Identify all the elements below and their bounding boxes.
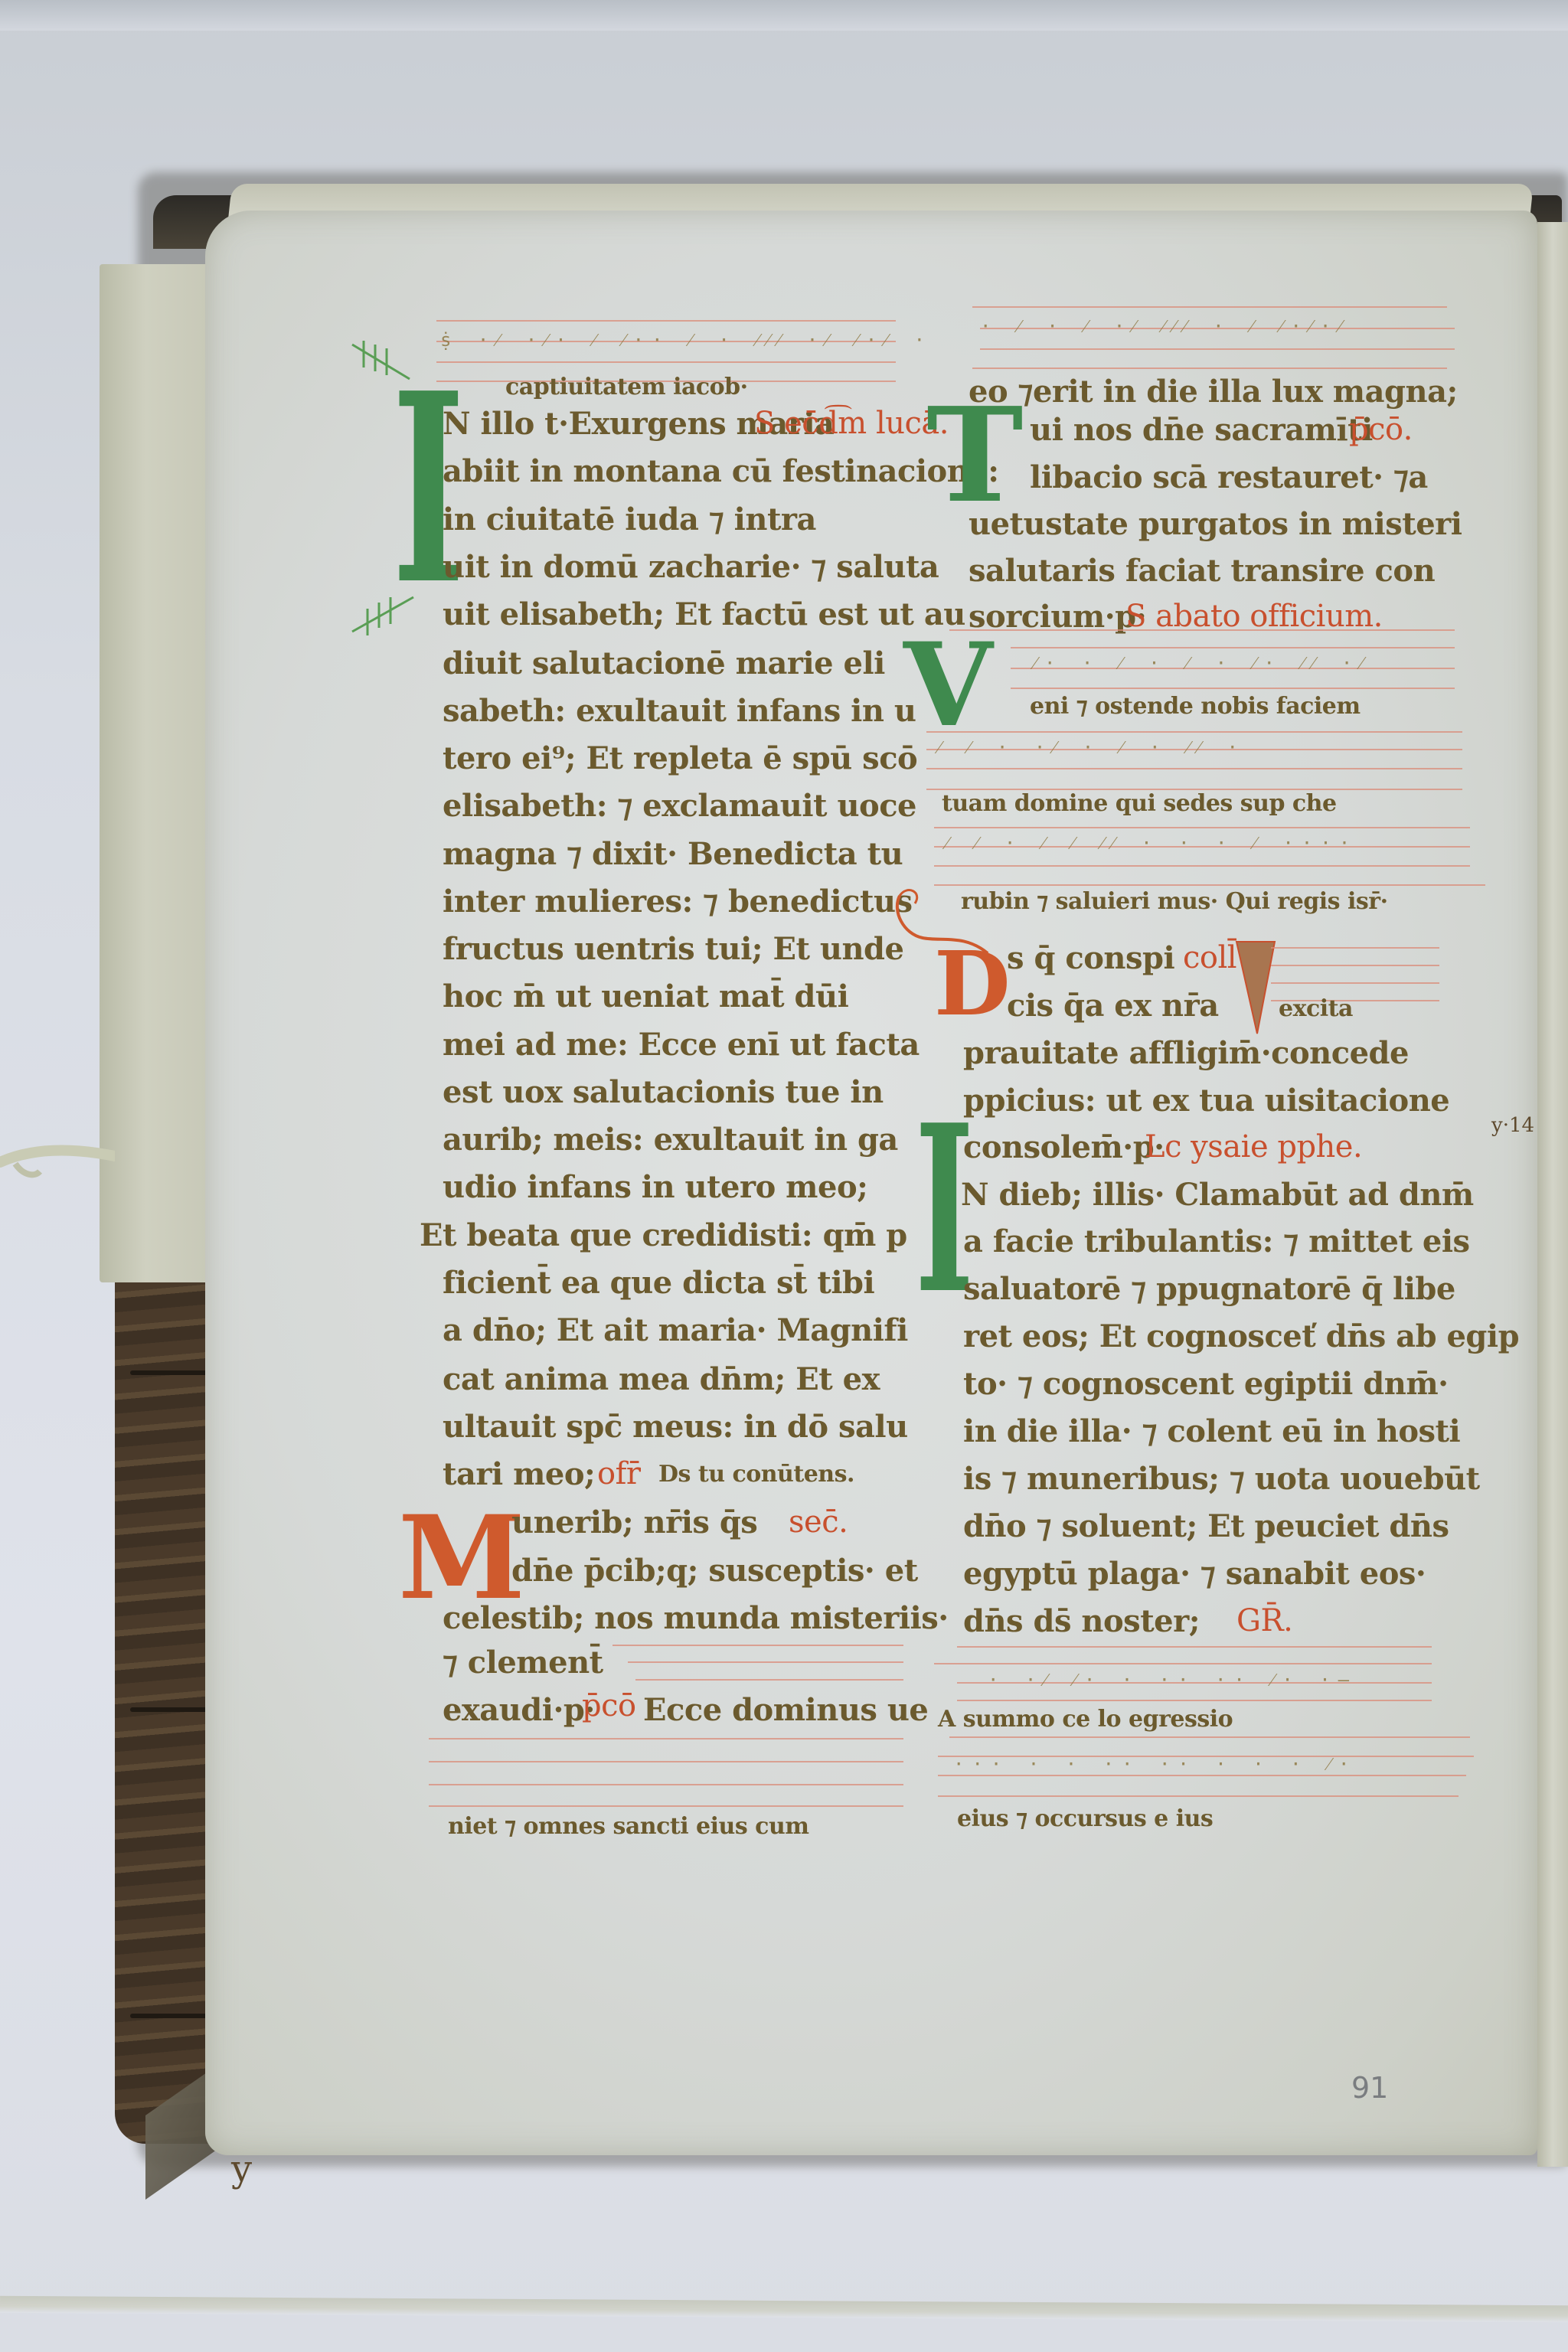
text-line: ppicius: ut ex tua uisitacione — [963, 1083, 1449, 1119]
text-line: eius ⁊ occursus e ius — [957, 1805, 1213, 1832]
rubric-reading: Lc ysaie pphe. — [1145, 1129, 1362, 1165]
text-line: A summo ce lo egressio — [938, 1706, 1233, 1733]
margin-note-right: y·14 — [1491, 1114, 1534, 1137]
text-line: aurib; meis: exultauit in ga — [443, 1122, 898, 1158]
text-line: egyptū plaga· ⁊ sanabit eos· — [963, 1556, 1426, 1592]
text-line: to· ⁊ cognoscent egiptii dnm̄· — [963, 1366, 1449, 1402]
offertory-incipit: Ds tu conūtens. — [658, 1461, 854, 1488]
excita-incipit: excita — [1279, 995, 1353, 1022]
initial-V-red — [1233, 938, 1279, 1037]
text-line: N dieb; illis· Clamabūt ad dnm̄ — [961, 1177, 1474, 1213]
initial-V-green: V — [903, 628, 992, 743]
rubric-collect: coll̄ — [1183, 940, 1236, 975]
text-line: niet ⁊ omnes sancti eius cum — [448, 1813, 809, 1840]
text-line: ultauit spc̄ meus: in dō salu — [443, 1409, 908, 1445]
text-line: ⁊ clement̄ — [443, 1645, 603, 1681]
backdrop-top — [0, 0, 1568, 31]
text-line: tari meo; — [443, 1456, 595, 1492]
text-line: eni ⁊ ostende nobis faciem — [1030, 693, 1361, 720]
text-line: salutaris faciat transire con — [969, 553, 1435, 589]
rubric-secret: sec̄. — [789, 1504, 848, 1540]
text-line: ret eos; Et cognosceť dn̄s ab egip — [963, 1318, 1519, 1354]
bottom-mark: y — [231, 2148, 252, 2190]
text-line: s q̄ conspi — [1007, 940, 1174, 976]
neumes-staff-4: ⁄ ⁄ · ·⁄ · ⁄ · ⁄⁄ · — [938, 737, 1246, 759]
text-line: is ⁊ muneribus; ⁊ uota uouebūt — [963, 1461, 1480, 1497]
text-line: uit in domū zacharie· ⁊ saluta — [443, 549, 939, 585]
text-line: saluatorē ⁊ ppugnatorē q̄ libe — [963, 1271, 1455, 1307]
flyleaf-strip — [100, 264, 216, 1282]
binding-tie-string — [0, 1141, 115, 1179]
text-line: Et beata que credidisti: qm̄ p — [420, 1217, 907, 1253]
text-line: libacio scā restauret· ⁊a — [1030, 459, 1428, 495]
communion-incipit: Ecce dominus ue — [643, 1692, 928, 1728]
rubric-gospel-ref: S ec̄d͡m lucā. — [754, 406, 949, 441]
text-line: prauitate affligim̄·concede — [963, 1035, 1409, 1071]
neumes-staff-1: ṩ ·⁄ ·⁄· ⁄ ⁄·· ⁄ · ⁄⁄⁄ ·⁄ ⁄·⁄ · — [440, 329, 933, 351]
text-line: dn̄o ⁊ soluent; Et peuciet dn̄s — [963, 1508, 1449, 1544]
rubric-postcommunion-2: p̄cō. — [1349, 412, 1413, 447]
text-line: eo ⁊erit in die illa lux magna; — [969, 374, 1458, 410]
initial-I-green: I — [392, 360, 420, 620]
text-line: in ciuitatē iuda ⁊ intra — [443, 501, 816, 537]
text-line: cat anima mea dn̄m; Et ex — [443, 1361, 880, 1397]
rubric-postcommunion: p̄cō — [582, 1688, 636, 1723]
text-line: exaudi·p· — [443, 1692, 595, 1728]
text-line: udio infans in utero meo; — [443, 1169, 867, 1205]
folio-number: 91 — [1351, 2071, 1388, 2105]
flourish-icon — [348, 586, 417, 639]
initial-M-red: M — [398, 1501, 525, 1615]
neumes-staff-7: ··· · · ·· ·· · · · ⁄· — [953, 1753, 1357, 1775]
flourish-icon — [348, 337, 417, 398]
backdrop-bottom-band — [0, 2296, 1568, 2323]
text-line: fructus uentris tui; Et unde — [443, 931, 903, 967]
neumes-staff-2: · ⁄ · ⁄ ·⁄ ⁄⁄⁄ · ⁄ ⁄·⁄·⁄ — [980, 315, 1349, 338]
text-line: cis q̄a ex nr̄a — [1007, 988, 1219, 1024]
text-line: tuam domine qui sedes sup che — [942, 790, 1337, 817]
text-line: est uox salutacionis tue in — [443, 1074, 884, 1110]
text-line: dn̄s ds̄ noster; — [963, 1603, 1200, 1639]
text-line: a facie tribulantis: ⁊ mittet eis — [963, 1223, 1470, 1259]
text-line: unerib; nr̄is q̄s — [511, 1504, 757, 1540]
text-line: sabeth: exultauit infans in u — [443, 693, 916, 729]
text-line: elisabeth: ⁊ exclamauit uoce — [443, 788, 916, 824]
text-line: magna ⁊ dixit· Benedicta tu — [443, 836, 903, 872]
next-leaf-edge — [1537, 222, 1568, 2167]
text-line: rubin ⁊ saluieri mus· Qui regis isr̄· — [961, 888, 1388, 915]
text-line: ficient̄ ea que dicta st̄ tibi — [443, 1265, 874, 1301]
text-line: inter mulieres: ⁊ benedictus — [443, 884, 913, 920]
text-line: celestib; nos munda misteriis· — [443, 1600, 949, 1636]
neumes-staff-3: ⁄· · ⁄ · ⁄ · ⁄· ⁄⁄ ·⁄ — [1034, 652, 1370, 675]
text-line: ui nos dn̄e sacramīti — [1030, 412, 1373, 448]
text-line: a dn̄o; Et ait maria· Magnifi — [443, 1312, 908, 1348]
text-line: captiuitatem iacob· — [505, 374, 748, 400]
text-line: diuit salutacionē marie eli — [443, 645, 885, 681]
neumes-staff-5: ⁄ ⁄ · ⁄ ⁄ ⁄⁄ · · · ⁄ ···· — [946, 832, 1357, 854]
initial-T-green: T — [926, 390, 1024, 521]
text-line: consolem̄·p· — [963, 1129, 1165, 1165]
text-line: uit elisabeth; Et factū est ut au — [443, 596, 965, 632]
rubric-gradual: GR̄. — [1236, 1603, 1292, 1638]
rubric-offertory: ofr̄ — [597, 1456, 641, 1491]
neumes-staff-6: · ·⁄ ⁄· · ·· ·· ⁄· ·— — [988, 1669, 1357, 1691]
text-line: dn̄e p̄cib;q; susceptis· et — [511, 1553, 918, 1589]
text-line: tero ei⁹; Et repleta ē spū scō — [443, 740, 917, 776]
text-line: hoc m̄ ut ueniat mat̄ dūi — [443, 978, 848, 1014]
initial-D-red: D — [934, 940, 1011, 1028]
text-line: abiit in montana cū festinacione: — [443, 453, 999, 489]
text-line: uetustate purgatos in misteri — [969, 506, 1462, 542]
text-line: mei ad me: Ecce enī ut facta — [443, 1027, 920, 1063]
text-line: in die illa· ⁊ colent eū in hosti — [963, 1413, 1460, 1449]
